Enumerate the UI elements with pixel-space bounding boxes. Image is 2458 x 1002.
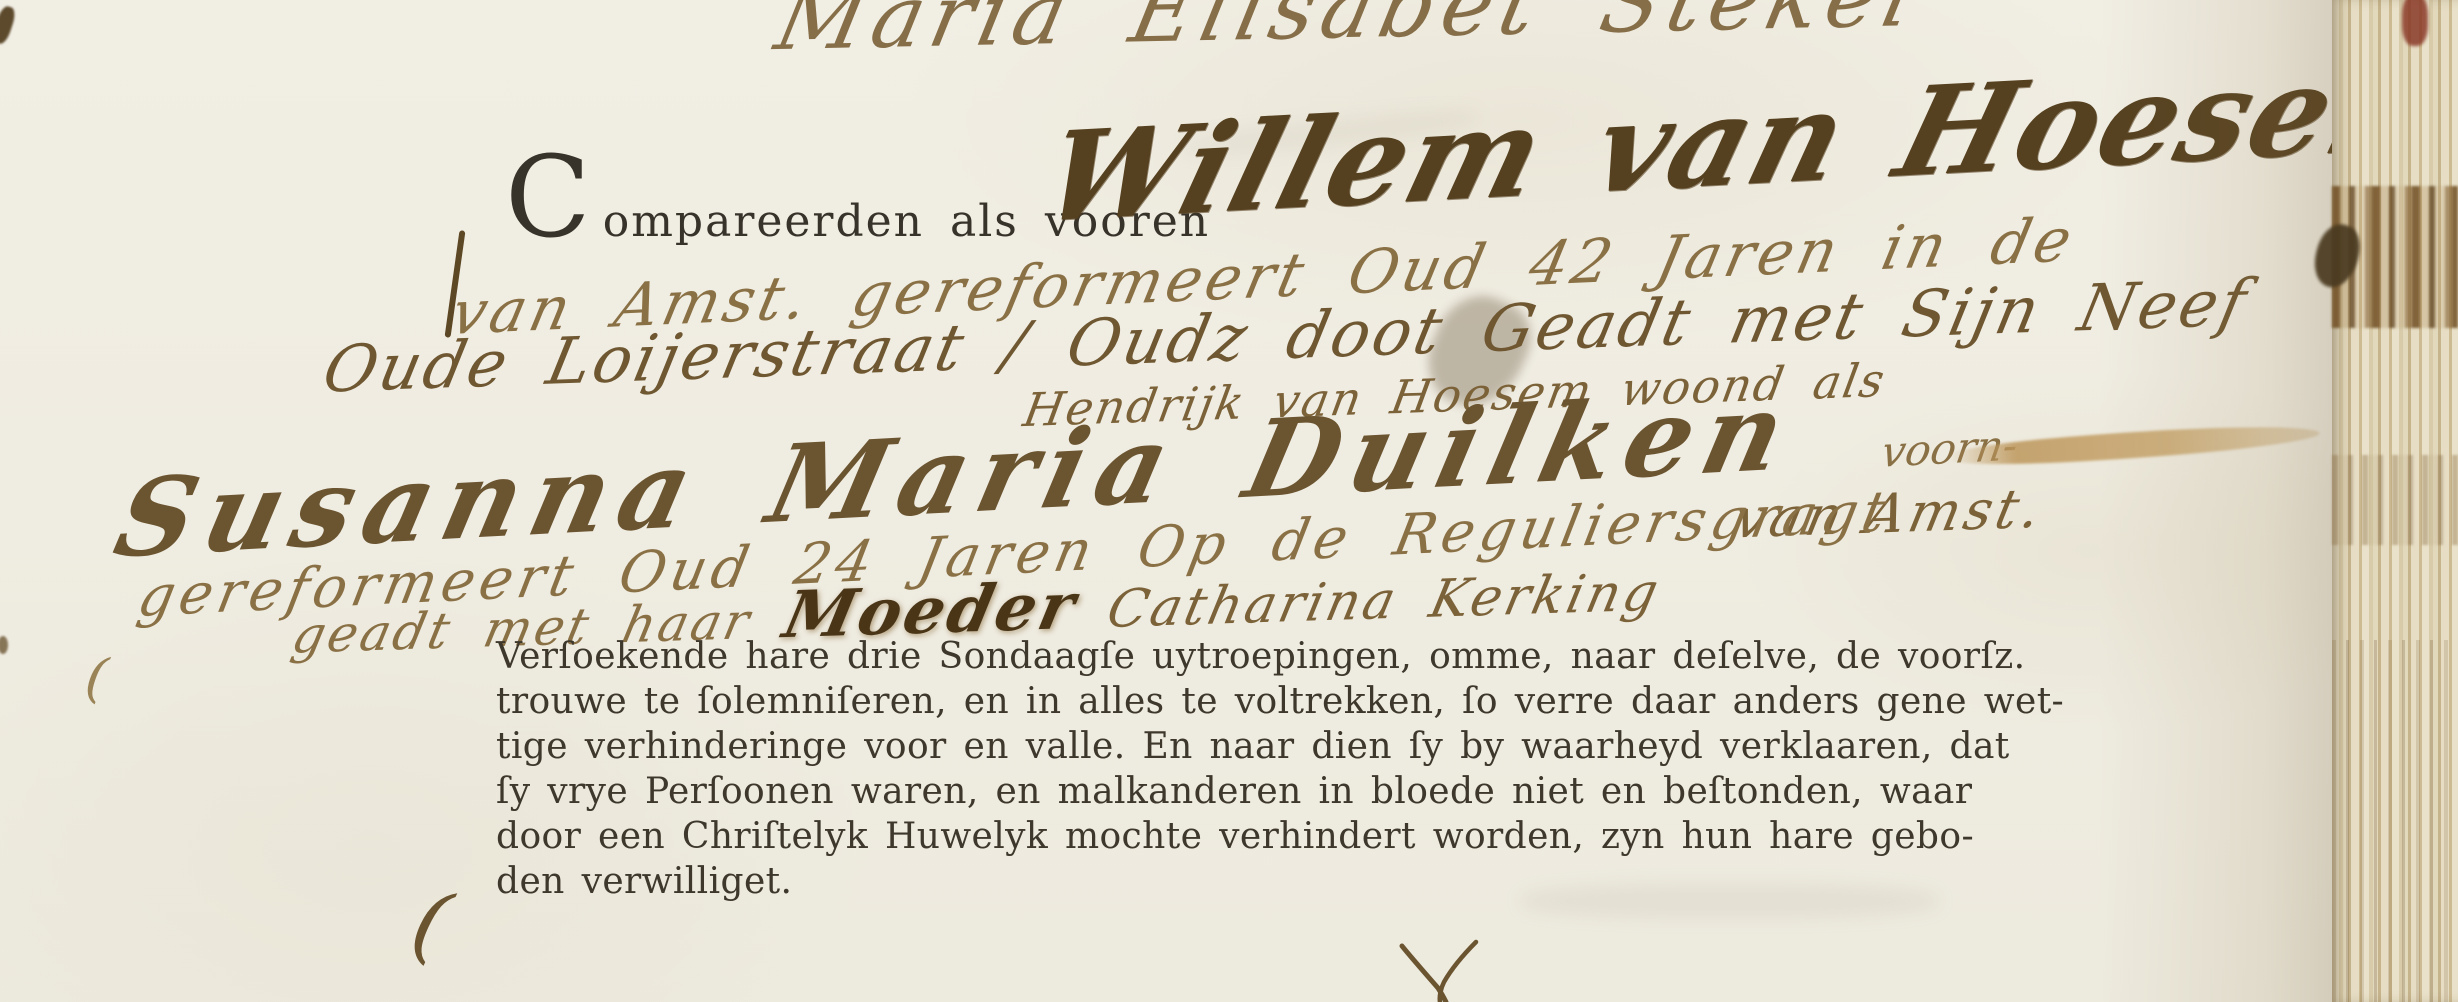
printed-paragraph-line: trouwe te ſolemniſeren, en in alles te v… <box>496 679 1996 724</box>
printed-paragraph-line: tige verhinderinge voor en valle. En naa… <box>496 724 1996 769</box>
binding-stain <box>2332 640 2458 1002</box>
handwritten-top-fragment: Maria Elisabet Stekel <box>768 0 1930 70</box>
printed-paragraph-line: door een Chriſtelyk Huwelyk mochte verhi… <box>496 814 1996 859</box>
binding-stain <box>2332 455 2458 545</box>
book-binding-page-edges <box>2332 0 2458 1002</box>
drop-cap-initial: C <box>505 148 591 249</box>
cross-flourish-mark <box>1380 938 1510 1002</box>
handwritten-groom-name: Willem van Hoesem <box>1029 30 2458 250</box>
document-scan: Maria Elisabet Stekel C ompareerden als … <box>0 0 2458 1002</box>
bride-witness-mother-name: Catharina Kerking <box>1102 562 1666 640</box>
stray-paren-mark: ( <box>402 871 459 976</box>
red-edge-mark <box>2402 0 2428 46</box>
edge-ink-speck <box>0 636 8 654</box>
printed-paragraph-line: Verſoekende hare drie Sondaagſe uytroepi… <box>496 634 1996 679</box>
printed-paragraph-line: ſy vrye Perſoonen waren, en malkanderen … <box>496 769 1996 814</box>
printed-paragraph-line: den verwilliget. <box>496 859 1996 904</box>
edge-ink-speck <box>0 4 17 45</box>
printed-banns-paragraph: Verſoekende hare drie Sondaagſe uytroepi… <box>496 634 1996 904</box>
stray-paren-mark: ( <box>82 645 112 710</box>
